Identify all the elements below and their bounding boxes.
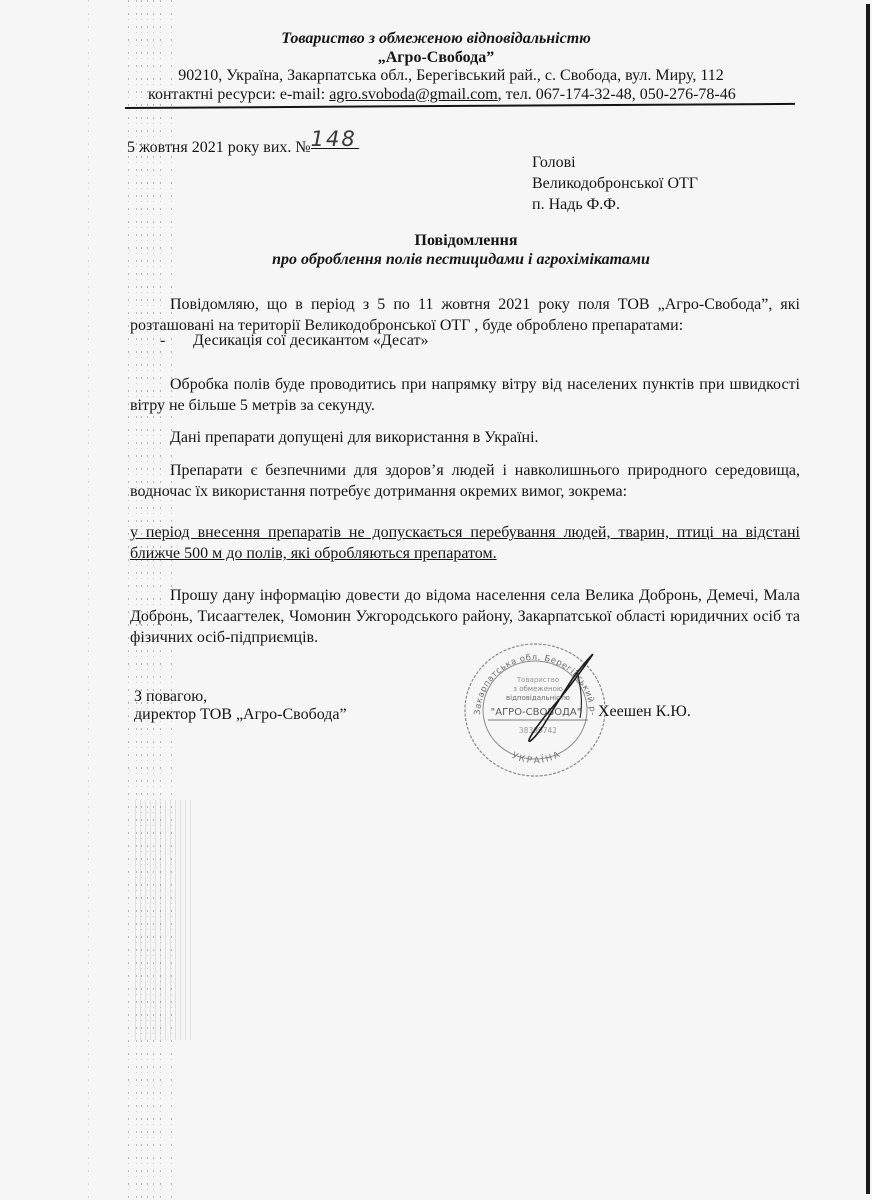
company-contacts: контактні ресурси: e-mail: agro.svoboda@… — [148, 86, 736, 104]
addressee-line: Великодобронської ОТГ — [532, 173, 698, 194]
paragraph-text: Дані препарати допущені для використання… — [130, 427, 800, 448]
stamp-country: УКРАЇНА — [510, 749, 563, 766]
scan-edge — [866, 4, 870, 1194]
paragraph-text: у період внесення препаратів не допускає… — [130, 522, 800, 564]
email-link[interactable]: agro.svoboda@gmail.com — [329, 86, 497, 103]
addressee-block: Голові Великодобронської ОТГ п. Надь Ф.Ф… — [532, 152, 698, 215]
document-title: Повідомлення — [0, 232, 872, 250]
signer-name: Хеешен К.Ю. — [598, 703, 691, 721]
bullet-marker: - — [160, 332, 193, 350]
paragraph-text: Прошу дану інформацію довести до відома … — [130, 585, 800, 648]
outgoing-reference: 5 жовтня 2021 року вих. №148 — [127, 136, 359, 157]
body-paragraph: Препарати є безпечними для здоров’я люде… — [130, 460, 800, 502]
paragraph-text: Обробка полів буде проводитись при напря… — [130, 374, 800, 416]
scan-artifact — [88, 0, 89, 1200]
company-name: „Агро-Свобода” — [0, 49, 872, 67]
svg-text:УКРАЇНА: УКРАЇНА — [510, 749, 563, 766]
addressee-line: п. Надь Ф.Ф. — [532, 194, 698, 215]
company-type: Товариство з обмеженою відповідальністю — [0, 30, 872, 48]
underlined-requirement: у період внесення препаратів не допускає… — [130, 522, 800, 564]
document-subtitle: про оброблення полів пестицидами і агрох… — [0, 251, 872, 269]
body-paragraph: Обробка полів буде проводитись при напря… — [130, 374, 800, 416]
closing-regards: З повагою, — [134, 688, 347, 706]
body-paragraph: Дані препарати допущені для використання… — [130, 427, 800, 448]
scanned-letter-page: Товариство з обмеженою відповідальністю … — [0, 0, 872, 1200]
addressee-line: Голові — [532, 152, 698, 173]
bullet-text: Десикація сої десикантом «Десат» — [193, 332, 429, 349]
bullet-item: -Десикація сої десикантом «Десат» — [160, 332, 429, 350]
handwritten-number: 148 — [311, 130, 359, 149]
outgoing-date: 5 жовтня 2021 року вих. № — [127, 139, 311, 156]
signer-position: директор ТОВ „Агро-Свобода” — [134, 706, 347, 724]
handwritten-signature — [485, 648, 625, 748]
body-paragraph: Прошу дану інформацію довести до відома … — [130, 585, 800, 648]
contacts-prefix: контактні ресурси: e-mail: — [148, 86, 329, 103]
body-paragraph: Повідомляю, що в період з 5 по 11 жовтня… — [130, 294, 800, 336]
paragraph-text: Повідомляю, що в період з 5 по 11 жовтня… — [130, 294, 800, 336]
paragraph-text: Препарати є безпечними для здоров’я люде… — [130, 460, 800, 502]
closing-block: З повагою, директор ТОВ „Агро-Свобода” — [134, 688, 347, 724]
scan-artifact — [128, 0, 129, 1200]
phone-numbers: , тел. 067-174-32-48, 050-276-78-46 — [498, 86, 736, 103]
company-address: 90210, Україна, Закарпатська обл., Берег… — [0, 67, 872, 85]
bleed-through-artifact — [135, 800, 195, 1040]
